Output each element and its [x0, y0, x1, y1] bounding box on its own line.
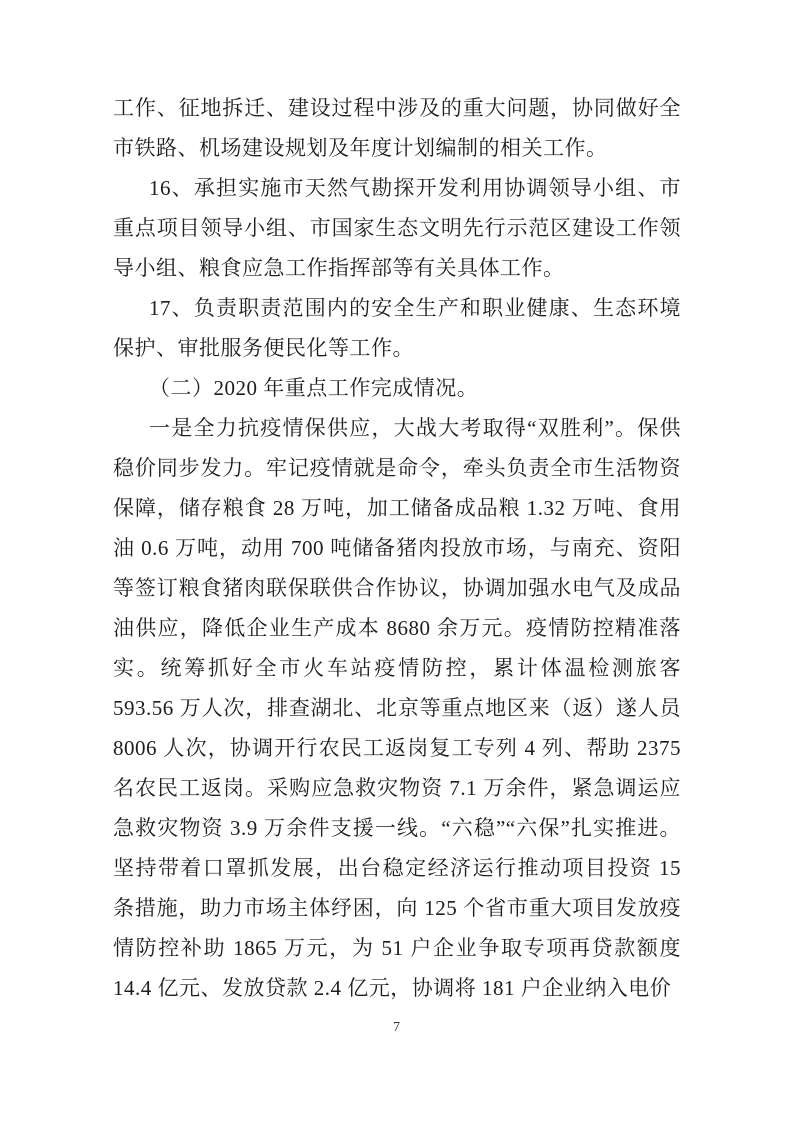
- section-heading-2020-key-work: （二）2020 年重点工作完成情况。: [113, 368, 681, 408]
- paragraph-duty-16: 16、承担实施市天然气勘探开发利用协调领导小组、市重点项目领导小组、市国家生态文…: [113, 168, 681, 288]
- paragraph-covid-supply-response: 一是全力抗疫情保供应，大战大考取得“双胜利”。保供稳价同步发力。牢记疫情就是命令…: [113, 408, 681, 1008]
- document-body: 工作、征地拆迁、建设过程中涉及的重大问题，协同做好全市铁路、机场建设规划及年度计…: [113, 88, 681, 1008]
- paragraph-duty-17: 17、负责职责范围内的安全生产和职业健康、生态环境保护、审批服务便民化等工作。: [113, 288, 681, 368]
- document-page: 工作、征地拆迁、建设过程中涉及的重大问题，协同做好全市铁路、机场建设规划及年度计…: [0, 0, 793, 1122]
- paragraph-continuation: 工作、征地拆迁、建设过程中涉及的重大问题，协同做好全市铁路、机场建设规划及年度计…: [113, 88, 681, 168]
- page-number: 7: [0, 1020, 793, 1036]
